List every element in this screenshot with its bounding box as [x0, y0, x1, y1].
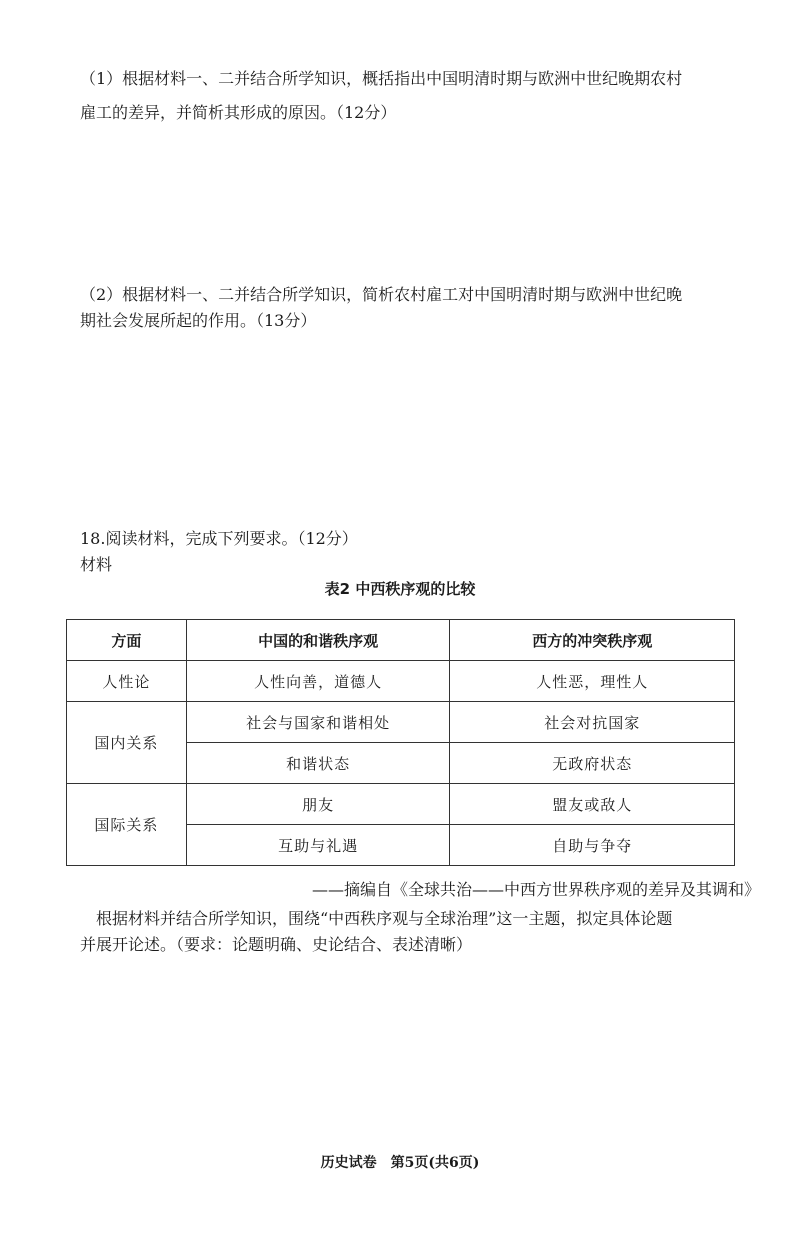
question-1-line-2: 雇工的差异，并简析其形成的原因。（12分）: [80, 100, 396, 123]
cell-west: 盟友或敌人: [450, 784, 735, 825]
question-1-line-1: （1）根据材料一、二并结合所学知识，概括指出中国明清时期与欧洲中世纪晚期农村: [80, 66, 682, 89]
table-row: 国内关系 社会与国家和谐相处 社会对抗国家: [67, 702, 735, 743]
prompt-line-2: 并展开论述。（要求：论题明确、史论结合、表述清晰）: [80, 932, 472, 955]
comparison-table: 方面 中国的和谐秩序观 西方的冲突秩序观 人性论 人性向善，道德人 人性恶，理性…: [66, 619, 735, 866]
cell-china: 朋友: [186, 784, 450, 825]
cell-china: 人性向善，道德人: [186, 661, 450, 702]
prompt-line-1: 根据材料并结合所学知识，围绕“中西秩序观与全球治理”这一主题，拟定具体论题: [96, 906, 672, 929]
cell-china: 互助与礼遇: [186, 825, 450, 866]
cell-west: 无政府状态: [450, 743, 735, 784]
question-2-line-1: （2）根据材料一、二并结合所学知识，简析农村雇工对中国明清时期与欧洲中世纪晚: [80, 282, 682, 305]
header-china: 中国的和谐秩序观: [186, 620, 450, 661]
header-aspect: 方面: [67, 620, 187, 661]
table-row: 人性论 人性向善，道德人 人性恶，理性人: [67, 661, 735, 702]
cell-aspect: 国内关系: [67, 702, 187, 784]
question-2-line-2: 期社会发展所起的作用。（13分）: [80, 308, 316, 331]
header-west: 西方的冲突秩序观: [450, 620, 735, 661]
cell-west: 人性恶，理性人: [450, 661, 735, 702]
cell-china: 社会与国家和谐相处: [186, 702, 450, 743]
cell-china: 和谐状态: [186, 743, 450, 784]
table-title: 表2 中西秩序观的比较: [0, 578, 800, 599]
cell-aspect: 人性论: [67, 661, 187, 702]
cell-west: 自助与争夺: [450, 825, 735, 866]
question-18-heading: 18.阅读材料，完成下列要求。（12分）: [80, 526, 358, 549]
cell-aspect: 国际关系: [67, 784, 187, 866]
material-label: 材料: [80, 552, 112, 575]
table-header-row: 方面 中国的和谐秩序观 西方的冲突秩序观: [67, 620, 735, 661]
cell-west: 社会对抗国家: [450, 702, 735, 743]
page-footer: 历史试卷 第5页(共6页): [0, 1152, 800, 1172]
table-row: 国际关系 朋友 盟友或敌人: [67, 784, 735, 825]
source-citation: ——摘编自《全球共治——中西方世界秩序观的差异及其调和》: [312, 877, 760, 900]
